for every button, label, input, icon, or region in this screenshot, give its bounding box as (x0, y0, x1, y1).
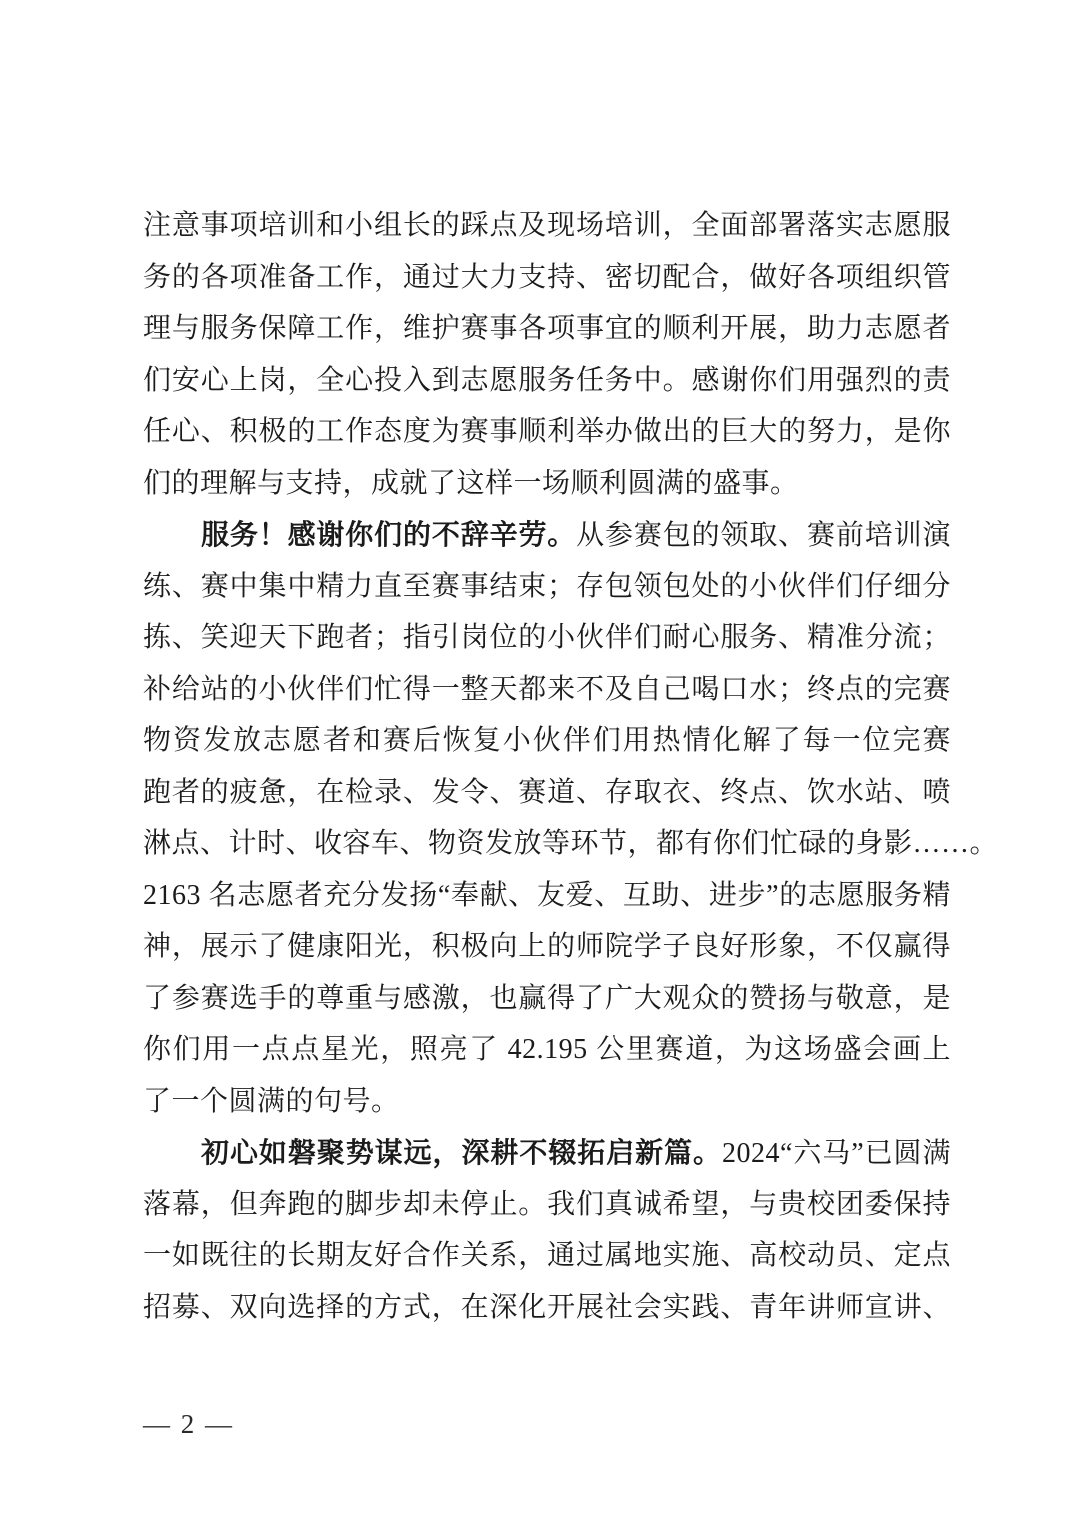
text-line: 们安心上岗，全心投入到志愿服务任务中。感谢你们用强烈的责 (143, 355, 951, 407)
body-text: 注意事项培训和小组长的踩点及现场培训，全面部署落实志愿服 务的各项准备工作，通过… (143, 200, 951, 1333)
line-text: 们安心上岗，全心投入到志愿服务任务中。感谢你们用强烈的责 (143, 365, 951, 396)
page-number: — 2 — (143, 1404, 234, 1444)
text-line: 招募、双向选择的方式，在深化开展社会实践、青年讲师宣讲、 (143, 1282, 951, 1334)
text-line: 落幕，但奔跑的脚步却未停止。我们真诚希望，与贵校团委保持 (143, 1179, 951, 1231)
text-line: 务的各项准备工作，通过大力支持、密切配合，做好各项组织管 (143, 252, 951, 304)
line-text: 了参赛选手的尊重与感激，也赢得了广大观众的赞扬与敬意，是 (143, 983, 951, 1014)
text-line: 淋点、计时、收容车、物资发放等环节，都有你们忙碌的身影……。 (143, 818, 951, 870)
text-line: 了一个圆满的句号。 (143, 1076, 951, 1128)
line-text: 物资发放志愿者和赛后恢复小伙伴们用热情化解了每一位完赛 (143, 725, 951, 756)
text-line: 一如既往的长期友好合作关系，通过属地实施、高校动员、定点 (143, 1230, 951, 1282)
text-line: 2163 名志愿者充分发扬“奉献、友爱、互助、进步”的志愿服务精 (143, 870, 951, 922)
line-text: 理与服务保障工作，维护赛事各项事宜的顺利开展，助力志愿者 (143, 313, 951, 344)
line-text: 神，展示了健康阳光，积极向上的师院学子良好形象，不仅赢得 (143, 931, 951, 962)
line-text: 练、赛中集中精力直至赛事结束；存包领包处的小伙伴们仔细分 (143, 571, 951, 602)
text-line: 跑者的疲惫，在检录、发令、赛道、存取衣、终点、饮水站、喷 (143, 767, 951, 819)
line-text: 注意事项培训和小组长的踩点及现场培训，全面部署落实志愿服 (143, 210, 951, 241)
paragraph-lead-bold: 初心如磐聚势谋远，深耕不辍拓启新篇。 (201, 1137, 722, 1168)
line-text: 务的各项准备工作，通过大力支持、密切配合，做好各项组织管 (143, 262, 951, 293)
line-text: 淋点、计时、收容车、物资发放等环节，都有你们忙碌的身影……。 (143, 828, 998, 859)
line-text: 任心、积极的工作态度为赛事顺利举办做出的巨大的努力，是你 (143, 416, 951, 447)
text-line: 你们用一点点星光，照亮了 42.195 公里赛道，为这场盛会画上 (143, 1024, 951, 1076)
line-text: 你们用一点点星光，照亮了 42.195 公里赛道，为这场盛会画上 (143, 1034, 951, 1065)
text-line: 拣、笑迎天下跑者；指引岗位的小伙伴们耐心服务、精准分流； (143, 612, 951, 664)
line-text: 跑者的疲惫，在检录、发令、赛道、存取衣、终点、饮水站、喷 (143, 777, 951, 808)
line-text: 招募、双向选择的方式，在深化开展社会实践、青年讲师宣讲、 (143, 1292, 951, 1323)
line-text: 一如既往的长期友好合作关系，通过属地实施、高校动员、定点 (143, 1240, 951, 1271)
line-text: 拣、笑迎天下跑者；指引岗位的小伙伴们耐心服务、精准分流； (143, 622, 951, 653)
line-text: 2024“六马”已圆满 (722, 1138, 951, 1169)
line-text: 们的理解与支持，成就了这样一场顺利圆满的盛事。 (143, 468, 799, 499)
text-line: 物资发放志愿者和赛后恢复小伙伴们用热情化解了每一位完赛 (143, 715, 951, 767)
paragraph-lead-bold: 服务！感谢你们的不辞辛劳。 (201, 519, 576, 550)
line-text: 从参赛包的领取、赛前培训演 (576, 520, 951, 551)
text-line: 练、赛中集中精力直至赛事结束；存包领包处的小伙伴们仔细分 (143, 561, 951, 613)
text-line: 理与服务保障工作，维护赛事各项事宜的顺利开展，助力志愿者 (143, 303, 951, 355)
text-line: 注意事项培训和小组长的踩点及现场培训，全面部署落实志愿服 (143, 200, 951, 252)
text-line: 服务！感谢你们的不辞辛劳。从参赛包的领取、赛前培训演 (143, 509, 951, 561)
text-line: 神，展示了健康阳光，积极向上的师院学子良好形象，不仅赢得 (143, 921, 951, 973)
line-text: 2163 名志愿者充分发扬“奉献、友爱、互助、进步”的志愿服务精 (143, 880, 951, 911)
text-line: 了参赛选手的尊重与感激，也赢得了广大观众的赞扬与敬意，是 (143, 973, 951, 1025)
line-text: 了一个圆满的句号。 (143, 1086, 400, 1117)
text-line: 补给站的小伙伴们忙得一整天都来不及自己喝口水；终点的完赛 (143, 664, 951, 716)
text-line: 任心、积极的工作态度为赛事顺利举办做出的巨大的努力，是你 (143, 406, 951, 458)
text-line: 初心如磐聚势谋远，深耕不辍拓启新篇。2024“六马”已圆满 (143, 1127, 951, 1179)
text-line: 们的理解与支持，成就了这样一场顺利圆满的盛事。 (143, 458, 951, 510)
line-text: 补给站的小伙伴们忙得一整天都来不及自己喝口水；终点的完赛 (143, 674, 951, 705)
line-text: 落幕，但奔跑的脚步却未停止。我们真诚希望，与贵校团委保持 (143, 1189, 951, 1220)
document-page: 注意事项培训和小组长的踩点及现场培训，全面部署落实志愿服 务的各项准备工作，通过… (0, 0, 1080, 1527)
